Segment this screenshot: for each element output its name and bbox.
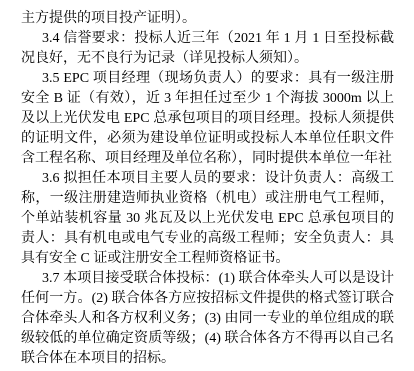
text-line: 个单站装机容量 30 兆瓦及以上光伏发电 EPC 总承包项目的设计负责人。技术负 <box>21 209 394 229</box>
text-line: 任何一方。(2) 联合体各方应按招标文件提供的格式签订联合体协议书，明确联 <box>21 289 394 309</box>
text-line: 合体牵头人和各方权利义务；(3) 由同一专业的单位组成的联合体，按照资质等 <box>21 309 394 329</box>
text-line: 称，一级注册建造师执业资格（机电）或注册电气工程师，近 3 年担任过至少 1 <box>21 189 394 209</box>
text-line: 的证明文件，必须为建设单位证明或投标人本单位任职文件等有盖章的材料（需 <box>21 129 394 149</box>
text-line: 主方提供的项目投产证明）。 <box>21 9 394 29</box>
text-line: 及以上光伏发电 EPC 总承包项目的项目经理。投标人须提供能证明项目经理业绩 <box>21 109 394 129</box>
text-line: 3.5 EPC 项目经理（现场负责人）的要求：具有一级注册建造师执业资格， <box>21 69 394 89</box>
text-line: 安全 B 证（有效），近 3 年担任过至少 1 个海拔 3000m 以上单站装机… <box>21 89 394 109</box>
text-line: 联合体在本项目的招标。 <box>21 349 394 369</box>
text-line: 3.7 本项目接受联合体投标：(1) 联合体牵头人可以是设计单位或施工单位 <box>21 269 394 289</box>
document-page: 主方提供的项目投产证明）。 3.4 信誉要求：投标人近三年（2021 年 1 月… <box>0 0 414 371</box>
text-line: 具有安全 C 证或注册安全工程师资格证书。 <box>21 249 394 269</box>
text-line: 责人：具有机电或电气专业的高级工程师；安全负责人：具有中级及以上职称， <box>21 229 394 249</box>
text-line: 级较低的单位确定资质等级；(4) 联合体各方不得再以自己名义单独或参加其他 <box>21 329 394 349</box>
text-line: 3.6 拟担任本项目主要人员的要求：设计负责人：高级工程师及以上技术职 <box>21 169 394 189</box>
text-line: 含工程名称、项目经理及单位名称），同时提供本单位一年社保缴费证明。 <box>21 149 394 169</box>
text-line: 况良好，无不良行为记录（详见投标人须知）。 <box>21 49 394 69</box>
text-line: 3.4 信誉要求：投标人近三年（2021 年 1 月 1 日至投标截止时间）信誉… <box>21 29 394 49</box>
